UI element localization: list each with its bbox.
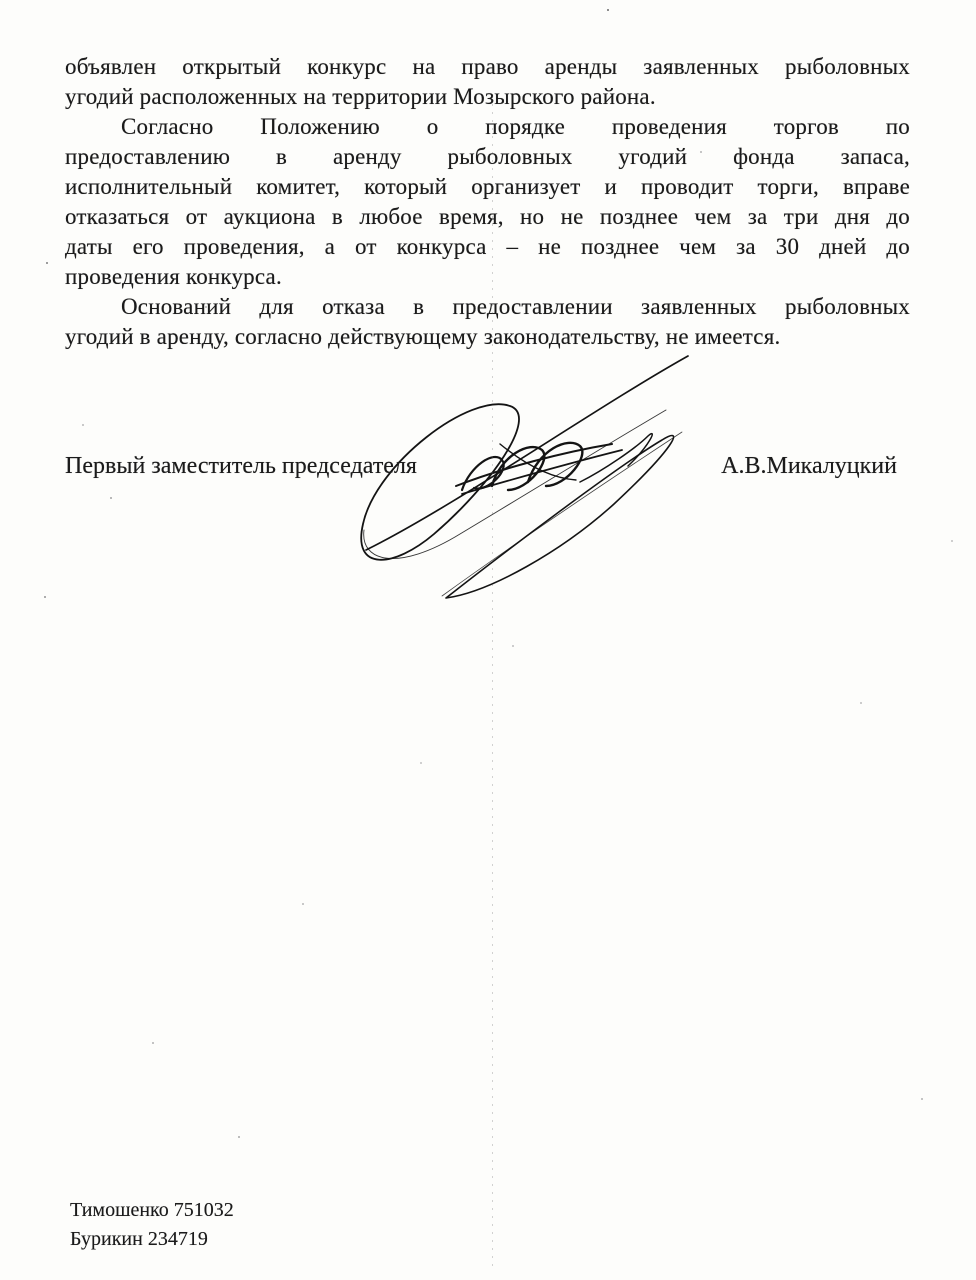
body-line: предоставлению в аренду рыболовных угоди… (65, 142, 910, 172)
position-title: Первый заместитель председателя (65, 451, 417, 481)
scan-noise-specks (0, 0, 2, 2)
scanned-document-page: объявлен открытый конкурс на право аренд… (0, 0, 976, 1280)
signer-name: А.В.Микалуцкий (721, 451, 897, 481)
footer-contact-2: Бурикин 234719 (70, 1225, 234, 1254)
body-line: объявлен открытый конкурс на право аренд… (65, 52, 910, 82)
footer-block: Тимошенко 751032 Бурикин 234719 (70, 1196, 234, 1254)
body-line: проведения конкурса. (65, 262, 910, 292)
signature-row: Первый заместитель председателя А.В.Мика… (65, 451, 910, 483)
text-block: объявлен открытый конкурс на право аренд… (65, 52, 910, 352)
body-line: Согласно Положению о порядке проведения … (65, 112, 910, 142)
body-line: Оснований для отказа в предоставлении за… (65, 292, 910, 322)
body-line: отказаться от аукциона в любое время, но… (65, 202, 910, 232)
body-line: угодий расположенных на территории Мозыр… (65, 82, 910, 112)
body-line: исполнительный комитет, который организу… (65, 172, 910, 202)
body-line: даты его проведения, а от конкурса – не … (65, 232, 910, 262)
footer-contact-1: Тимошенко 751032 (70, 1196, 234, 1225)
